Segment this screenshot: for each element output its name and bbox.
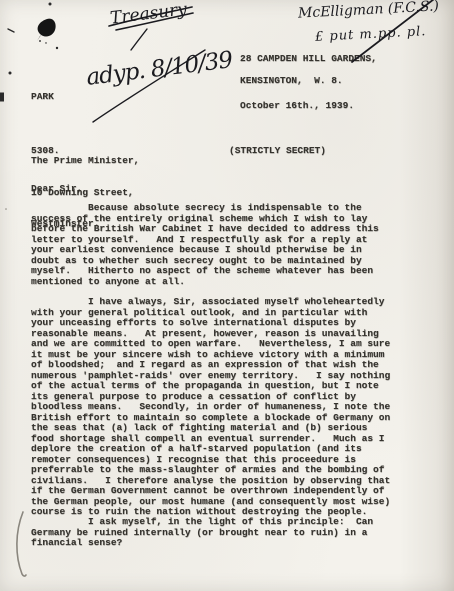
body-paragraph-3: I ask myself, in the light of this princ…	[31, 517, 373, 549]
salutation: Dear Sir,	[31, 184, 82, 195]
treasury-annotation: Treasury	[109, 0, 188, 29]
sender-address-line1: 28 CAMPDEN HILL GARDENS,	[240, 54, 377, 65]
date-initials-annotation: adyp. 8/10/39	[85, 47, 234, 91]
check-mark-stroke	[131, 29, 147, 50]
sender-address-line2: KENSINGTON, W. 8.	[240, 76, 343, 87]
secrecy-note: (STRICTLY SECRET)	[229, 146, 326, 157]
ink-blob	[37, 19, 56, 44]
margin-mark-stroke	[17, 512, 26, 576]
body-paragraph-1: Because absolute secrecy is indispensabl…	[31, 203, 379, 287]
name-annotation: McElligman (F.C.S.)	[298, 0, 440, 22]
filing-note-annotation: £ put m.pp. pl.	[315, 24, 427, 45]
letter-date: October 16th., 1939.	[240, 101, 354, 112]
phone-exchange: PARK	[31, 88, 60, 106]
letter-page: Treasury adyp. 8/10/39 McElligman (F.C.S…	[0, 0, 454, 591]
recipient-line1: The Prime Minister,	[31, 156, 139, 167]
body-paragraph-2: I have always, Sir, associated myself wh…	[31, 297, 390, 518]
